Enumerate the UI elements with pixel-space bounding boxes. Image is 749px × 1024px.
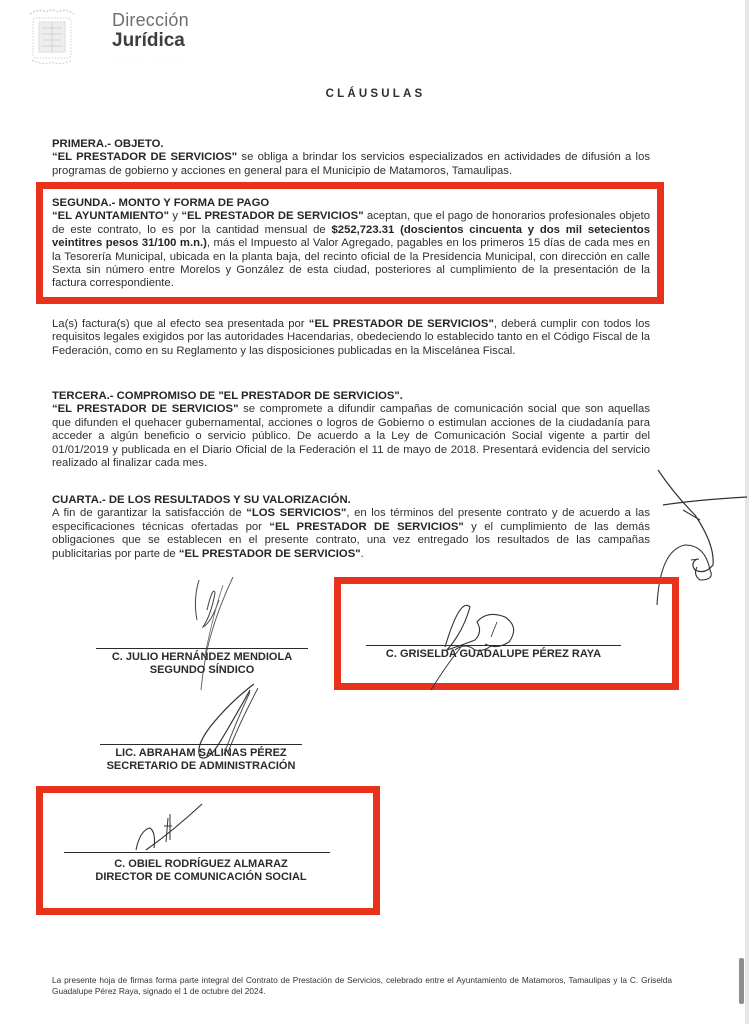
clause-tercera: TERCERA.- COMPROMISO DE "EL PRESTADOR DE… [52,390,650,470]
signature-line [100,744,302,745]
brand-line-1: Dirección [112,10,189,30]
signatory-block-obiel-text: C. OBIEL RODRÍGUEZ ALMARAZ DIRECTOR DE C… [66,858,336,884]
clause-cuarta: CUARTA.- DE LOS RESULTADOS Y SU VALORIZA… [52,494,650,561]
signature-block-obiel [92,852,292,855]
signature-line [366,645,621,646]
clause-text: . [361,548,364,560]
defined-term: “EL PRESTADOR DE SERVICIOS" [179,548,361,560]
clause-facturas: La(s) factura(s) que al efecto sea prese… [52,318,650,358]
footer-note: La presente hoja de firmas forma parte i… [52,975,672,997]
clause-heading: TERCERA.- COMPROMISO DE "EL PRESTADOR DE… [52,390,650,403]
clause-segunda: SEGUNDA.- MONTO Y FORMA DE PAGO“EL AYUNT… [52,197,650,291]
clause-text: La(s) factura(s) que al efecto sea prese… [52,318,309,330]
signatory-role: DIRECTOR DE COMUNICACIÓN SOCIAL [66,871,336,884]
defined-term: “EL PRESTADOR DE SERVICIOS" [52,151,237,163]
defined-term: “EL PRESTADOR DE SERVICIOS" [181,210,363,222]
signature-scribble-icon [134,800,214,860]
document-title: CLÁUSULAS [0,88,749,100]
brand-logo: Dirección Jurídica · · · · · · · · · · ·… [112,10,189,60]
defined-term: “LOS SERVICIOS" [246,507,346,519]
brand-line-2: Jurídica [112,30,189,52]
municipal-seal-icon [24,6,80,68]
signature-block-abraham: LIC. ABRAHAM SALINAS PÉREZ SECRETARIO DE… [100,744,302,773]
defined-term: “EL PRESTADOR DE SERVICIOS" [309,318,494,330]
signature-line [64,852,330,853]
clause-heading: PRIMERA.- OBJETO. [52,138,650,151]
clause-heading: SEGUNDA.- MONTO Y FORMA DE PAGO [52,197,650,210]
signatory-name: C. JULIO HERNÁNDEZ MENDIOLA [96,651,308,664]
margin-initials-icon [655,455,749,595]
defined-term: “EL PRESTADOR DE SERVICIOS" [52,403,238,415]
signatory-role: SEGUNDO SÍNDICO [96,664,308,677]
defined-term: “EL PRESTADOR DE SERVICIOS" [269,521,463,533]
clause-text: A fin de garantizar la satisfacción de [52,507,246,519]
signatory-name: LIC. ABRAHAM SALINAS PÉREZ [100,747,302,760]
signatory-name: C. GRISELDA GUADALUPE PÉREZ RAYA [366,648,621,661]
clause-heading: CUARTA.- DE LOS RESULTADOS Y SU VALORIZA… [52,494,650,507]
signature-line [96,648,308,649]
clause-primera: PRIMERA.- OBJETO.“EL PRESTADOR DE SERVIC… [52,138,650,178]
clause-text: y [169,210,181,222]
brand-tagline: · · · · · · · · · · · · · · · · · [112,55,189,60]
signature-block-griselda: C. GRISELDA GUADALUPE PÉREZ RAYA [366,645,621,661]
defined-term: “EL AYUNTAMIENTO" [52,210,169,222]
signatory-name: C. OBIEL RODRÍGUEZ ALMARAZ [66,858,336,871]
scrollbar-thumb[interactable] [739,958,744,1004]
signatory-role: SECRETARIO DE ADMINISTRACIÓN [100,760,302,773]
signature-block-julio: C. JULIO HERNÁNDEZ MENDIOLA SEGUNDO SÍND… [96,648,308,677]
signature-scribble-icon [425,592,535,692]
